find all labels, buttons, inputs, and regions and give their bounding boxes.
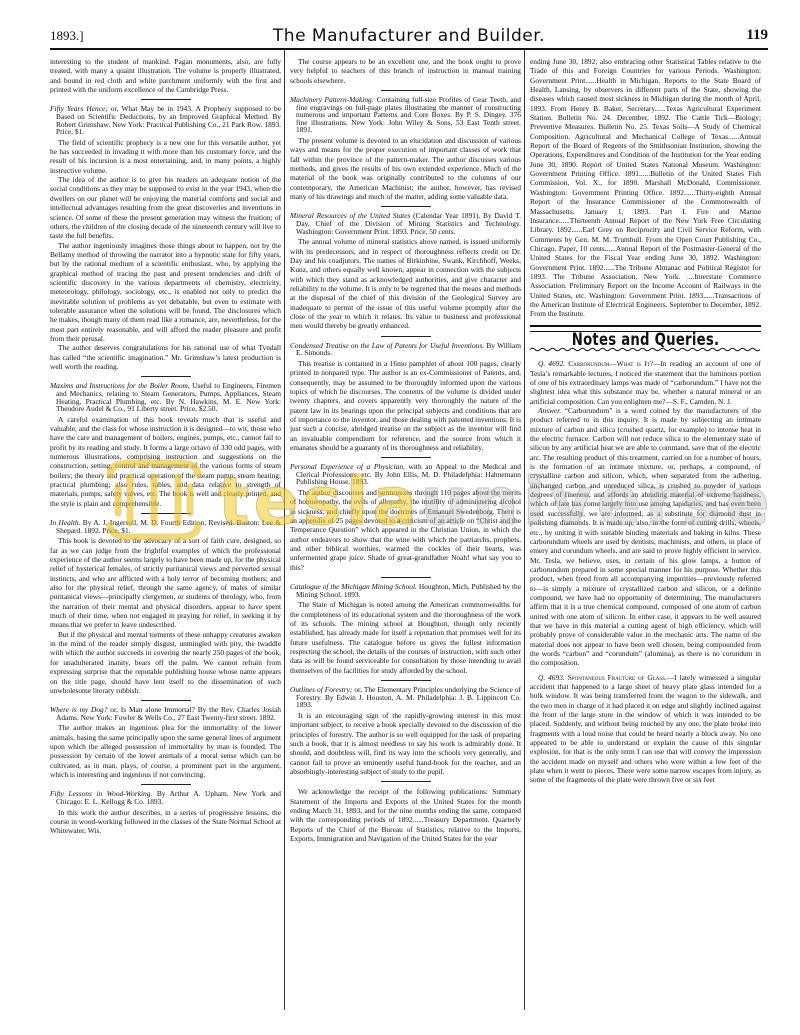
query-heading: Carborundum—What is It? [568,359,653,368]
separator-rule [141,513,191,514]
query-number: Q. 4692. [538,359,565,368]
separator-rule [381,206,431,207]
query-item: Q. 4692. Carborundum—What is It?—In read… [530,359,761,406]
review-paragraph: The author ingeniously imagines those th… [50,241,281,344]
review-citation: In Health. By A. J. Ingersoll, M. D. Fou… [56,519,281,534]
acknowledgment-paragraph: We acknowledge the receipt of the follow… [290,787,521,843]
header-rule [50,48,768,50]
review-citation: Maxims and Instructions for the Boiler R… [56,382,281,412]
separator-rule [381,577,431,578]
separator-rule [141,376,191,377]
acknowledgment-continued: ending June 30, 1892; also embracing oth… [530,57,761,319]
column-2: The course appears to be an excellent on… [290,57,521,843]
separator-rule [381,781,431,782]
separator-rule [381,680,431,681]
review-paragraph: The author discourses and sermonizes thr… [290,488,521,572]
review-citation: Where is my Dog? or, Is Man alone Immort… [56,706,281,721]
review-citation: Machinery Pattern-Making: Containing ful… [296,96,521,134]
review-paragraph: The annual volume of mineral statistics … [290,237,521,330]
review-paragraph: The author deserves congratulations for … [50,343,281,371]
column-divider [524,50,525,1010]
review-paragraph: A careful examination of this book revea… [50,415,281,508]
separator-rule [381,90,431,91]
section-title: Notes and Queries. [555,336,735,345]
review-citation: Fifty Lessons in Wood-Working. By Arthur… [56,790,281,805]
query-number: Q. 4693. [538,673,565,682]
column-divider [284,50,285,1010]
answer-item: Answer. “Carborundum” is a word coined b… [530,406,761,668]
continued-paragraph: The course appears to be an excellent on… [290,57,521,85]
page-number: 119 [746,27,768,44]
answer-label: Answer. [538,406,561,415]
review-citation: Condensed Treatise on the Law of Patents… [296,342,521,357]
query-heading: Spontaneous Fracture of Glass. [568,673,667,682]
separator-rule [141,784,191,785]
review-paragraph: The field of scientific prophecy is a ne… [50,138,281,175]
review-paragraph: But if the physical and mental torments … [50,630,281,695]
continued-paragraph: interesting to the student of mankind. P… [50,57,281,94]
review-citation: Personal Experience of a Physician, with… [296,463,521,486]
separator-rule [141,700,191,701]
review-paragraph: The author makes an ingenious plea for t… [50,723,281,779]
separator-rule [141,99,191,100]
review-paragraph: This treatise is contained in a 16mo pam… [290,359,521,452]
review-citation: Outlines of Forestry; or, The Elementary… [296,686,521,709]
review-paragraph: The State of Michigan is noted among the… [290,600,521,675]
review-citation: Mineral Resources of the United States (… [296,212,521,235]
review-paragraph: The idea of the author is to give his re… [50,175,281,240]
query-item: Q. 4693. Spontaneous Fracture of Glass.—… [530,673,761,785]
review-citation: Fifty Years Hence; or, What May be in 19… [56,105,281,135]
page-header: 1893.] The Manufacturer and Builder. 119 [50,28,768,48]
review-paragraph: It is an encouraging sign of the rapidly… [290,711,521,776]
answer-text: “Carborundum” is a word coined by the ma… [530,406,761,667]
review-paragraph: This book is devoted to the advocacy of … [50,536,281,629]
review-paragraph: The present volume is devoted to an eluc… [290,136,521,201]
review-paragraph: In this work the author describes, in a … [50,808,281,836]
publication-title: The Manufacturer and Builder. [50,26,768,46]
query-text: —I lately witnessed a singular accident … [530,673,761,785]
column-3: ending June 30, 1892; also embracing oth… [530,57,761,785]
separator-rule [381,457,431,458]
review-citation: Catalogue of the Michigan Mining School.… [296,583,521,598]
separator-rule [381,336,431,337]
column-1: interesting to the student of mankind. P… [50,57,281,836]
